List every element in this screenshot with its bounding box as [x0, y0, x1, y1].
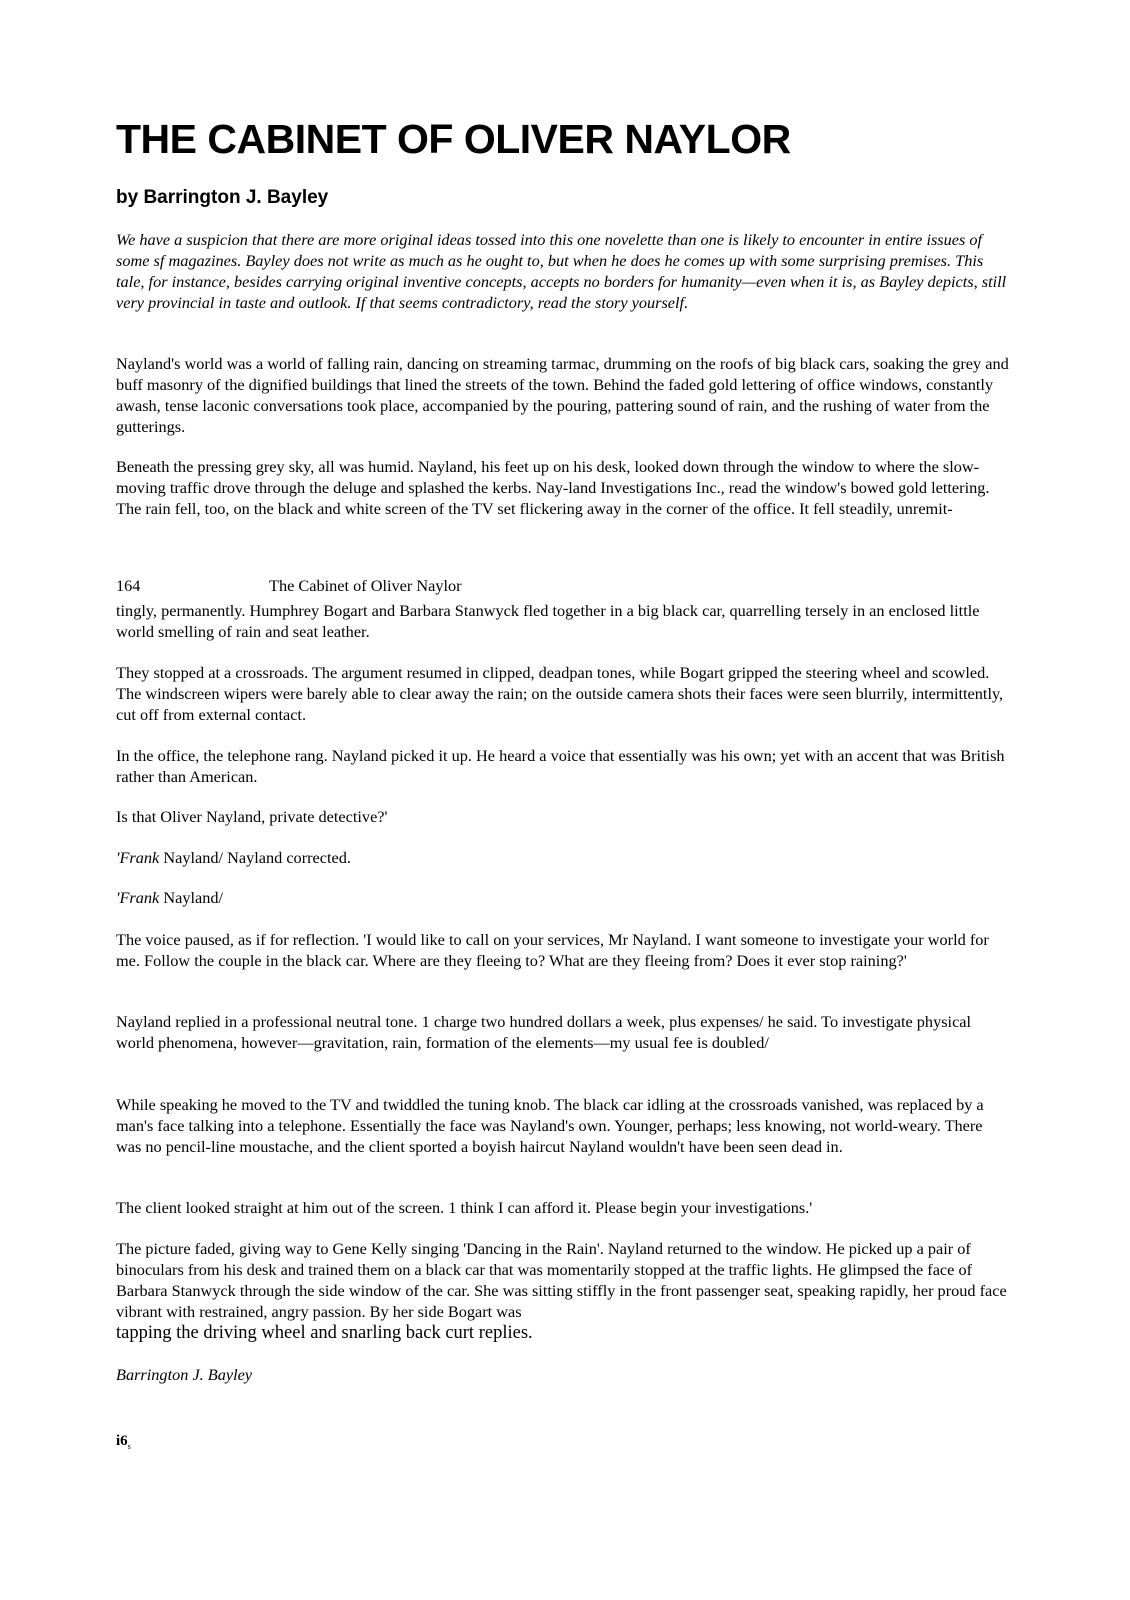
paragraph-text: Nayland/	[159, 888, 223, 907]
paragraph: tingly, permanently. Humphrey Bogart and…	[116, 600, 1011, 642]
paragraph: They stopped at a crossroads. The argume…	[116, 662, 1011, 725]
paragraph: While speaking he moved to the TV and tw…	[116, 1094, 1011, 1157]
paragraph: The picture faded, giving way to Gene Ke…	[116, 1238, 1011, 1344]
paragraph-text: The picture faded, giving way to Gene Ke…	[116, 1239, 1007, 1321]
paragraph: Beneath the pressing grey sky, all was h…	[116, 456, 1011, 519]
paragraph: Is that Oliver Nayland, private detectiv…	[116, 806, 1011, 827]
page-number-main: i6	[116, 1433, 128, 1449]
editor-introduction: We have a suspicion that there are more …	[116, 229, 1011, 313]
running-head-page-number: 164	[116, 575, 140, 596]
page-number-sub: s	[128, 1442, 131, 1451]
emphasis: 'Frank	[116, 848, 159, 867]
paragraph-text: Nayland/ Nayland corrected.	[159, 848, 351, 867]
footer-page-number: i6s	[116, 1433, 131, 1451]
paragraph: 'Frank Nayland/ Nayland corrected.	[116, 847, 1011, 868]
paragraph: Nayland replied in a professional neutra…	[116, 1011, 1011, 1053]
author-signature: Barrington J. Bayley	[116, 1365, 252, 1385]
paragraph-last-line: tapping the driving wheel and snarling b…	[116, 1323, 533, 1343]
paragraph: Nayland's world was a world of falling r…	[116, 353, 1011, 437]
emphasis: 'Frank	[116, 888, 159, 907]
story-title: THE CABINET OF OLIVER NAYLOR	[116, 116, 791, 163]
paragraph: The client looked straight at him out of…	[116, 1197, 1011, 1218]
running-head-title: The Cabinet of Oliver Naylor	[269, 575, 462, 596]
paragraph: In the office, the telephone rang. Nayla…	[116, 745, 1011, 787]
paragraph: 'Frank Nayland/	[116, 887, 1011, 908]
paragraph: The voice paused, as if for reflection. …	[116, 929, 1011, 971]
byline: by Barrington J. Bayley	[116, 187, 328, 209]
